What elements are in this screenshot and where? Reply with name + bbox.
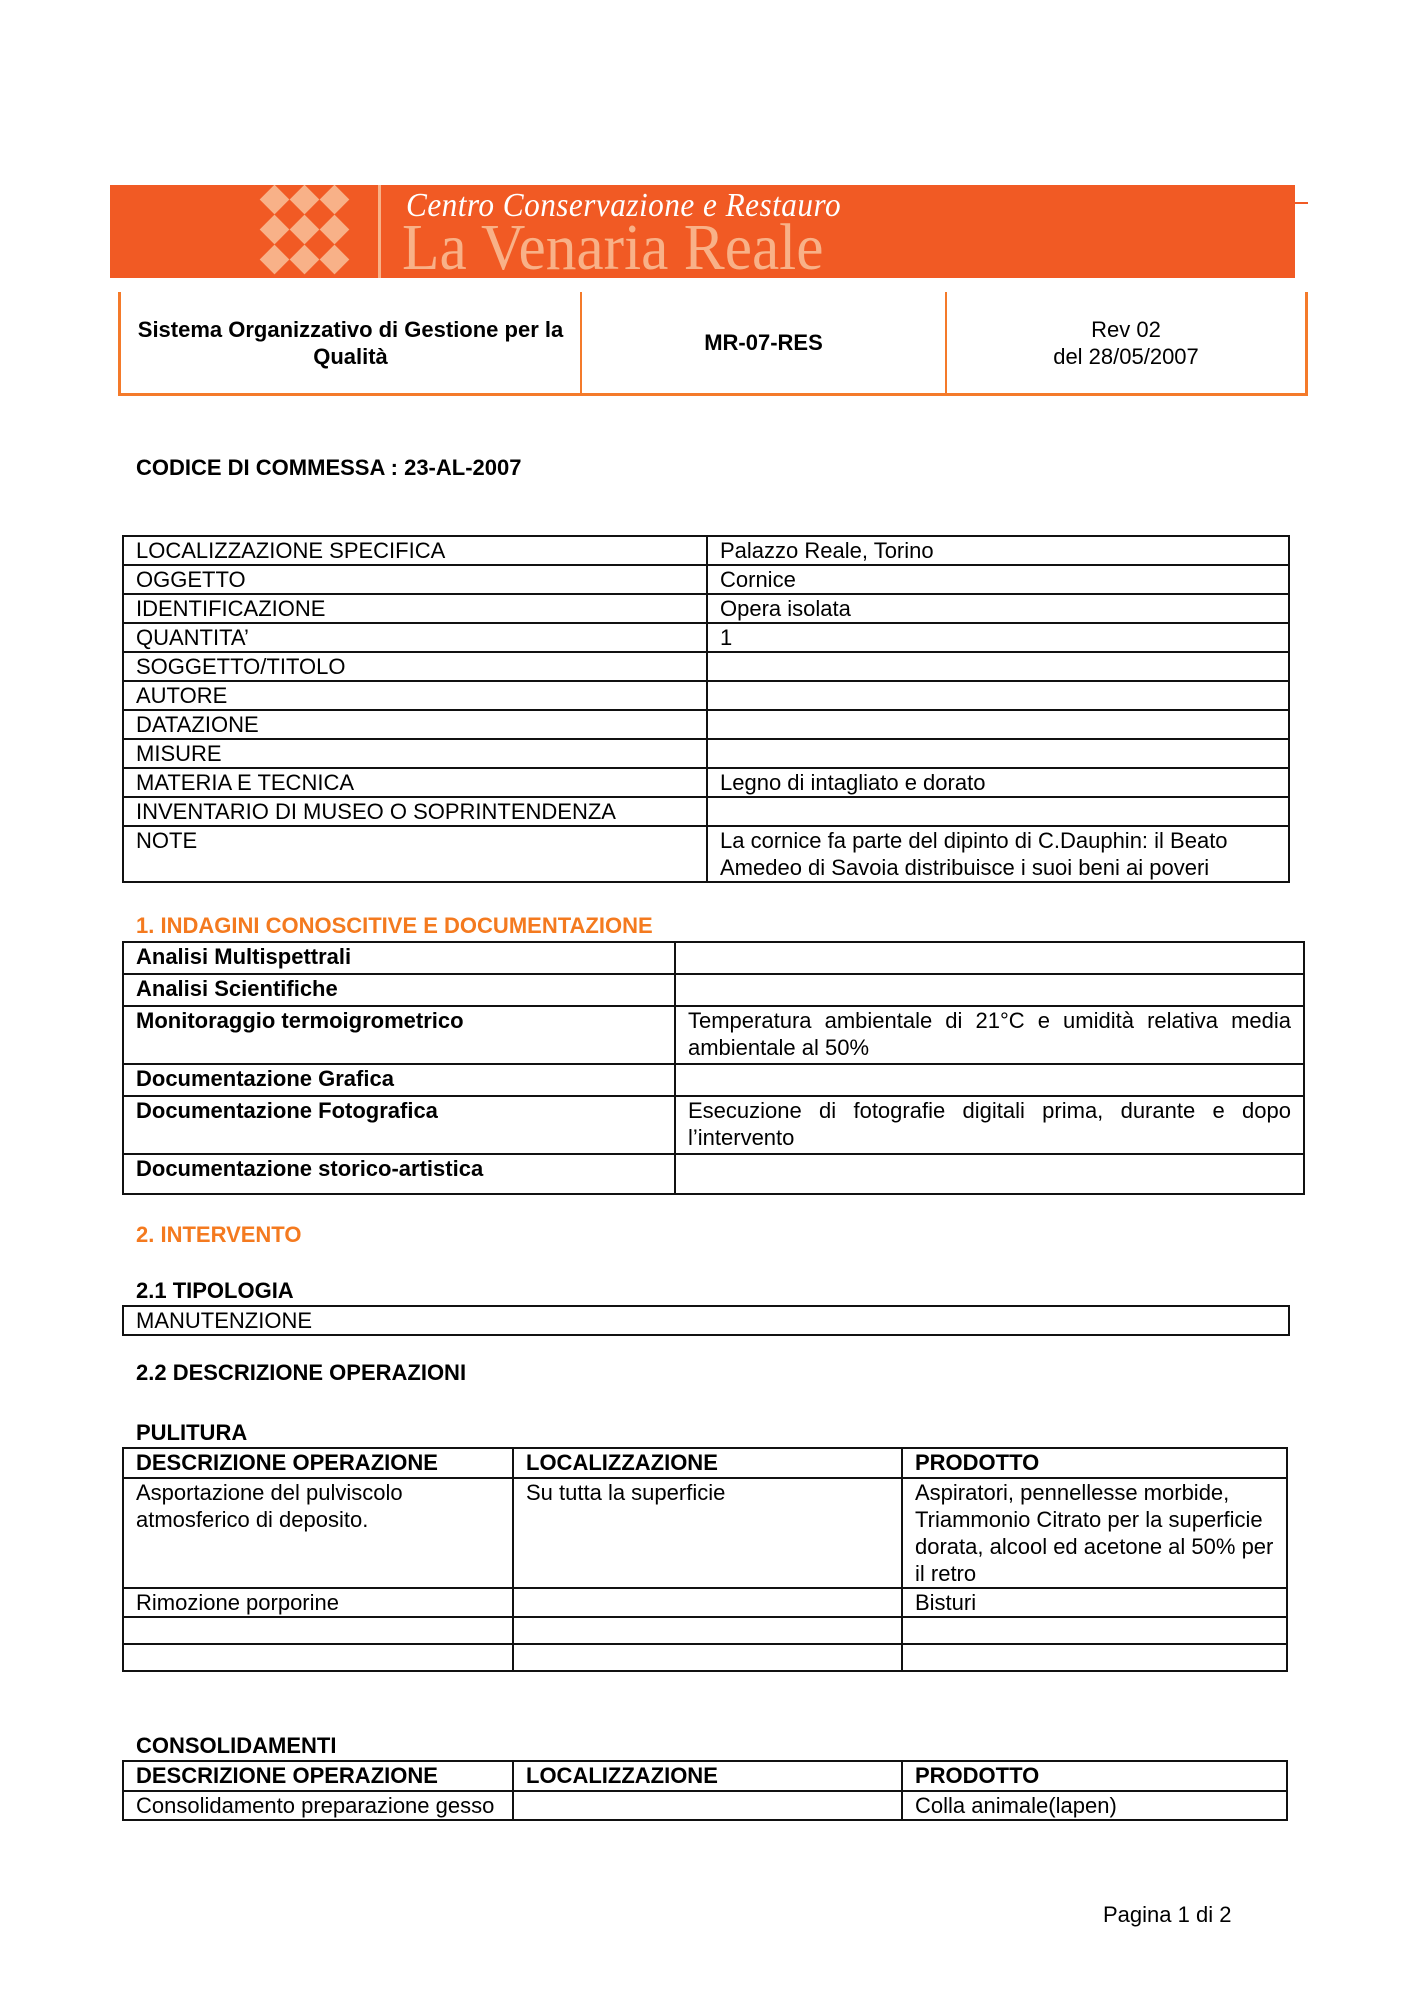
indagine-value: Temperatura ambientale di 21°C e umidità… xyxy=(675,1006,1304,1064)
indagine-label: Documentazione Grafica xyxy=(123,1064,675,1096)
logo-diamond xyxy=(290,185,320,214)
logo-diamond xyxy=(290,245,320,275)
quality-system-label: Sistema Organizzativo di Gestione per la… xyxy=(121,292,580,393)
institution-banner: Centro Conservazione e Restauro La Venar… xyxy=(110,185,1295,278)
column-header: PRODOTTO xyxy=(902,1761,1287,1791)
table-row: Documentazione Grafica xyxy=(123,1064,1304,1096)
field-label: SOGGETTO/TITOLO xyxy=(123,652,707,681)
field-value: Palazzo Reale, Torino xyxy=(707,536,1289,565)
indagine-label: Documentazione Fotografica xyxy=(123,1096,675,1154)
field-label: MISURE xyxy=(123,739,707,768)
operation-descrizione: Rimozione porporine xyxy=(123,1588,513,1617)
indagine-value xyxy=(675,1154,1304,1194)
field-label: DATAZIONE xyxy=(123,710,707,739)
field-label: LOCALIZZAZIONE SPECIFICA xyxy=(123,536,707,565)
table-row xyxy=(123,1617,1287,1644)
table-row: MATERIA E TECNICALegno di intagliato e d… xyxy=(123,768,1289,797)
tipologia-title: 2.1 TIPOLOGIA xyxy=(136,1278,294,1304)
consolidamenti-table: DESCRIZIONE OPERAZIONE LOCALIZZAZIONE PR… xyxy=(122,1760,1288,1821)
banner-title: La Venaria Reale xyxy=(402,215,823,278)
object-info-table: LOCALIZZAZIONE SPECIFICAPalazzo Reale, T… xyxy=(122,535,1290,883)
operation-prodotto: Colla animale(lapen) xyxy=(902,1791,1287,1820)
banner-tick xyxy=(1295,202,1308,204)
field-value xyxy=(707,739,1289,768)
column-header: DESCRIZIONE OPERAZIONE xyxy=(123,1761,513,1791)
revision-info: Rev 02 del 28/05/2007 xyxy=(945,292,1305,393)
table-row: DATAZIONE xyxy=(123,710,1289,739)
indagine-value: Esecuzione di fotografie digitali prima,… xyxy=(675,1096,1304,1154)
field-value: Legno di intagliato e dorato xyxy=(707,768,1289,797)
table-row: Analisi Multispettrali xyxy=(123,942,1304,974)
table-row: NOTELa cornice fa parte del dipinto di C… xyxy=(123,826,1289,882)
table-row: Documentazione FotograficaEsecuzione di … xyxy=(123,1096,1304,1154)
pulitura-title: PULITURA xyxy=(136,1420,247,1446)
indagine-label: Analisi Scientifiche xyxy=(123,974,675,1006)
indagine-value xyxy=(675,1064,1304,1096)
tipologia-value: MANUTENZIONE xyxy=(123,1306,1289,1335)
column-header: DESCRIZIONE OPERAZIONE xyxy=(123,1448,513,1478)
column-header: PRODOTTO xyxy=(902,1448,1287,1478)
indagini-table: Analisi MultispettraliAnalisi Scientific… xyxy=(122,941,1305,1195)
operation-prodotto: Aspiratori, pennellesse morbide, Triammo… xyxy=(902,1478,1287,1588)
operation-prodotto: Bisturi xyxy=(902,1588,1287,1617)
consolidamenti-title: CONSOLIDAMENTI xyxy=(136,1733,336,1759)
table-row: AUTORE xyxy=(123,681,1289,710)
descrizione-operazioni-title: 2.2 DESCRIZIONE OPERAZIONI xyxy=(136,1360,466,1386)
page-number: Pagina 1 di 2 xyxy=(1103,1902,1231,1928)
operation-descrizione xyxy=(123,1644,513,1671)
table-row: INVENTARIO DI MUSEO O SOPRINTENDENZA xyxy=(123,797,1289,826)
section-1-title: 1. INDAGINI CONOSCITIVE E DOCUMENTAZIONE xyxy=(136,913,653,939)
table-row: LOCALIZZAZIONE SPECIFICAPalazzo Reale, T… xyxy=(123,536,1289,565)
indagine-label: Monitoraggio termoigrometrico xyxy=(123,1006,675,1064)
field-value xyxy=(707,710,1289,739)
table-row: Monitoraggio termoigrometricoTemperatura… xyxy=(123,1006,1304,1064)
column-header: LOCALIZZAZIONE xyxy=(513,1448,902,1478)
logo-diamond xyxy=(260,245,290,275)
operation-localizzazione xyxy=(513,1791,902,1820)
field-value: 1 xyxy=(707,623,1289,652)
table-row: OGGETTOCornice xyxy=(123,565,1289,594)
logo-diamond xyxy=(260,185,290,214)
logo-diamond xyxy=(320,215,350,245)
operation-localizzazione xyxy=(513,1617,902,1644)
operation-prodotto xyxy=(902,1617,1287,1644)
commessa-code: CODICE DI COMMESSA : 23-AL-2007 xyxy=(136,455,521,481)
indagine-value xyxy=(675,942,1304,974)
table-row: SOGGETTO/TITOLO xyxy=(123,652,1289,681)
indagine-label: Documentazione storico-artistica xyxy=(123,1154,675,1194)
table-row: MISURE xyxy=(123,739,1289,768)
pulitura-table: DESCRIZIONE OPERAZIONE LOCALIZZAZIONE PR… xyxy=(122,1447,1288,1672)
diamond-grid-logo-icon xyxy=(260,187,353,278)
table-row xyxy=(123,1644,1287,1671)
operation-localizzazione xyxy=(513,1588,902,1617)
operation-descrizione: Asportazione del pulviscolo atmosferico … xyxy=(123,1478,513,1588)
document-code: MR-07-RES xyxy=(580,292,945,393)
logo-diamond xyxy=(320,245,350,275)
table-row: Consolidamento preparazione gessoColla a… xyxy=(123,1791,1287,1820)
banner-divider xyxy=(378,185,381,278)
indagine-label: Analisi Multispettrali xyxy=(123,942,675,974)
field-value: Cornice xyxy=(707,565,1289,594)
section-2-title: 2. INTERVENTO xyxy=(136,1222,301,1248)
field-value: Opera isolata xyxy=(707,594,1289,623)
table-row: Rimozione porporineBisturi xyxy=(123,1588,1287,1617)
field-label: IDENTIFICAZIONE xyxy=(123,594,707,623)
indagine-value xyxy=(675,974,1304,1006)
logo-diamond xyxy=(320,185,350,214)
field-label: INVENTARIO DI MUSEO O SOPRINTENDENZA xyxy=(123,797,707,826)
field-value: La cornice fa parte del dipinto di C.Dau… xyxy=(707,826,1289,882)
quality-header-box: Sistema Organizzativo di Gestione per la… xyxy=(118,292,1308,396)
field-value xyxy=(707,797,1289,826)
column-header: LOCALIZZAZIONE xyxy=(513,1761,902,1791)
field-label: OGGETTO xyxy=(123,565,707,594)
logo-diamond xyxy=(260,215,290,245)
field-label: MATERIA E TECNICA xyxy=(123,768,707,797)
operation-descrizione xyxy=(123,1617,513,1644)
field-label: AUTORE xyxy=(123,681,707,710)
table-row: Analisi Scientifiche xyxy=(123,974,1304,1006)
table-row: Asportazione del pulviscolo atmosferico … xyxy=(123,1478,1287,1588)
tipologia-table: MANUTENZIONE xyxy=(122,1305,1290,1336)
field-label: QUANTITA’ xyxy=(123,623,707,652)
revision-number: Rev 02 xyxy=(1053,316,1199,343)
logo-diamond xyxy=(290,215,320,245)
field-value xyxy=(707,652,1289,681)
operation-prodotto xyxy=(902,1644,1287,1671)
revision-date: del 28/05/2007 xyxy=(1053,343,1199,370)
operation-localizzazione xyxy=(513,1644,902,1671)
field-value xyxy=(707,681,1289,710)
operation-localizzazione: Su tutta la superficie xyxy=(513,1478,902,1588)
table-row: QUANTITA’1 xyxy=(123,623,1289,652)
operation-descrizione: Consolidamento preparazione gesso xyxy=(123,1791,513,1820)
table-row: Documentazione storico-artistica xyxy=(123,1154,1304,1194)
table-row: IDENTIFICAZIONEOpera isolata xyxy=(123,594,1289,623)
field-label: NOTE xyxy=(123,826,707,882)
